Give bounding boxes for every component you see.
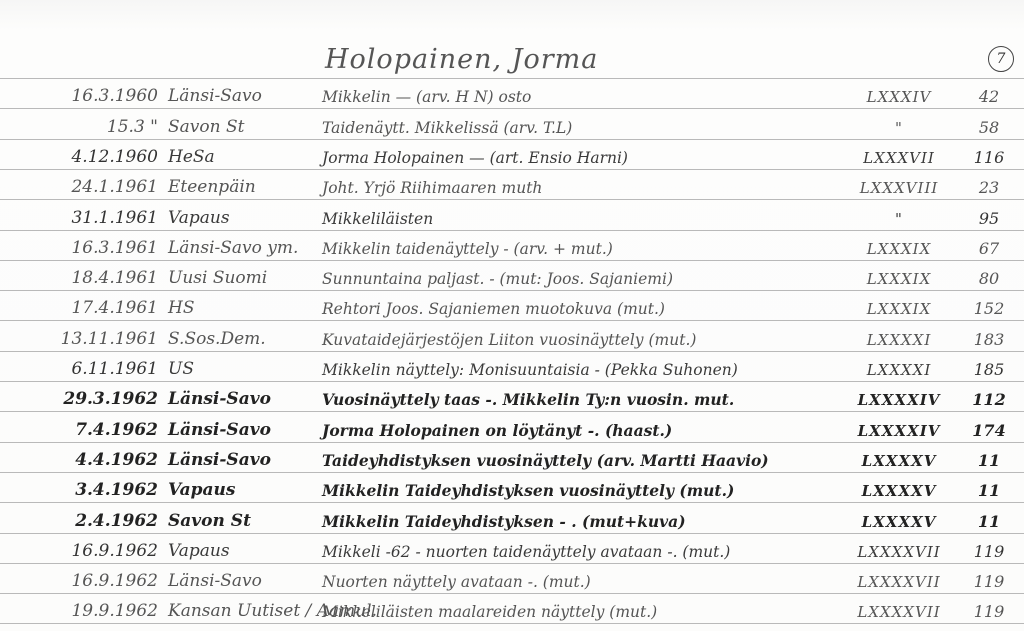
entry-article-title: Joht. Yrjö Riihimaaren muth xyxy=(322,179,542,197)
entry-page: 119 xyxy=(964,572,1014,591)
ruled-line xyxy=(0,623,1024,624)
entry-newspaper: Länsi-Savo xyxy=(168,86,262,106)
entry-date: 17.4.1961 xyxy=(8,298,158,318)
entry-newspaper: US xyxy=(168,359,194,379)
entry-volume: LXXXXV xyxy=(840,513,958,531)
entry-article-title: Mikkeliläisten maalareiden näyttely (mut… xyxy=(322,603,657,621)
entry-row: 13.11.1961S.Sos.Dem.Kuvataidejärjestöjen… xyxy=(0,321,1024,351)
entry-volume: LXXXXVII xyxy=(840,603,958,621)
entry-newspaper: Savon St xyxy=(168,117,244,137)
entry-article-title: Mikkeli -62 - nuorten taidenäyttely avat… xyxy=(322,543,730,561)
entry-page: 23 xyxy=(964,178,1014,197)
entry-row: 16.9.1962VapausMikkeli -62 - nuorten tai… xyxy=(0,533,1024,563)
entry-date: 2.4.1962 xyxy=(8,511,158,531)
entry-volume: LXXXVIII xyxy=(840,179,958,197)
entry-row: 29.3.1962Länsi-SavoVuosinäyttely taas -.… xyxy=(0,381,1024,411)
entry-date: 4.12.1960 xyxy=(8,147,158,167)
entry-date: 18.4.1961 xyxy=(8,268,158,288)
entry-date: 15.3 " xyxy=(8,117,158,137)
entry-volume: " xyxy=(840,210,958,228)
entry-newspaper: Länsi-Savo xyxy=(168,389,271,409)
entry-newspaper: Vapaus xyxy=(168,208,230,228)
entry-row: 16.9.1962Länsi-SavoNuorten näyttely avat… xyxy=(0,563,1024,593)
entry-row: 18.4.1961Uusi SuomiSunnuntaina paljast. … xyxy=(0,260,1024,290)
entry-article-title: Taidenäytt. Mikkelissä (arv. T.L) xyxy=(322,119,572,137)
entry-date: 6.11.1961 xyxy=(8,359,158,379)
entry-row: 4.12.1960HeSaJorma Holopainen — (art. En… xyxy=(0,139,1024,169)
entry-date: 16.9.1962 xyxy=(8,571,158,591)
entry-row: 4.4.1962Länsi-SavoTaideyhdistyksen vuosi… xyxy=(0,442,1024,472)
entry-article-title: Nuorten näyttely avataan -. (mut.) xyxy=(322,573,591,591)
entry-date: 4.4.1962 xyxy=(8,450,158,470)
entry-volume: LXXXIX xyxy=(840,240,958,258)
entry-date: 13.11.1961 xyxy=(8,329,158,349)
entry-page: 116 xyxy=(964,148,1014,167)
entry-newspaper: S.Sos.Dem. xyxy=(168,329,266,349)
entry-newspaper: Uusi Suomi xyxy=(168,268,267,288)
page-number-circle: 7 xyxy=(988,46,1014,72)
entry-page: 67 xyxy=(964,239,1014,258)
entry-volume: LXXXXV xyxy=(840,482,958,500)
entry-volume: LXXXXI xyxy=(840,331,958,349)
entry-page: 119 xyxy=(964,602,1014,621)
entry-page: 80 xyxy=(964,269,1014,288)
entry-article-title: Sunnuntaina paljast. - (mut: Joos. Sajan… xyxy=(322,270,673,288)
entry-page: 11 xyxy=(964,451,1014,470)
entry-article-title: Rehtori Joos. Sajaniemen muotokuva (mut.… xyxy=(322,300,665,318)
entry-article-title: Mikkeliläisten xyxy=(322,210,433,228)
entry-date: 31.1.1961 xyxy=(8,208,158,228)
entry-row: 31.1.1961VapausMikkeliläisten"95 xyxy=(0,200,1024,230)
entry-newspaper: Vapaus xyxy=(168,480,235,500)
entry-newspaper: HeSa xyxy=(168,147,215,167)
entry-newspaper: Eteenpäin xyxy=(168,177,256,197)
entry-volume: LXXXIX xyxy=(840,270,958,288)
entry-page: 152 xyxy=(964,299,1014,318)
entry-row: 17.4.1961HSRehtori Joos. Sajaniemen muot… xyxy=(0,290,1024,320)
entry-row: 2.4.1962Savon StMikkelin Taideyhdistykse… xyxy=(0,503,1024,533)
entry-volume: LXXXXIV xyxy=(840,422,958,440)
entry-row: 15.3 "Savon StTaidenäytt. Mikkelissä (ar… xyxy=(0,109,1024,139)
entry-page: 42 xyxy=(964,87,1014,106)
entry-volume: LXXXIV xyxy=(840,88,958,106)
entry-volume: LXXXIX xyxy=(840,300,958,318)
entry-newspaper: Savon St xyxy=(168,511,251,531)
entry-date: 16.3.1961 xyxy=(8,238,158,258)
entry-volume: LXXXXVII xyxy=(840,543,958,561)
entry-newspaper: Länsi-Savo xyxy=(168,450,271,470)
entry-date: 3.4.1962 xyxy=(8,480,158,500)
entry-date: 7.4.1962 xyxy=(8,420,158,440)
entry-row: 7.4.1962Länsi-SavoJorma Holopainen on lö… xyxy=(0,412,1024,442)
entry-newspaper: Länsi-Savo xyxy=(168,420,271,440)
entry-page: 185 xyxy=(964,360,1014,379)
entry-article-title: Mikkelin näyttely: Monisuuntaisia - (Pek… xyxy=(322,361,738,379)
entry-volume: " xyxy=(840,119,958,137)
entry-row: 3.4.1962VapausMikkelin Taideyhdistyksen … xyxy=(0,472,1024,502)
entry-row: 24.1.1961EteenpäinJoht. Yrjö Riihimaaren… xyxy=(0,169,1024,199)
index-card: Holopainen, Jorma 7 16.3.1960Länsi-SavoM… xyxy=(0,0,1024,631)
entry-page: 174 xyxy=(964,421,1014,440)
entry-volume: LXXXXV xyxy=(840,452,958,470)
entry-newspaper: Länsi-Savo ym. xyxy=(168,238,298,258)
entry-date: 16.9.1962 xyxy=(8,541,158,561)
card-title: Holopainen, Jorma xyxy=(325,44,598,75)
entry-page: 58 xyxy=(964,118,1014,137)
entry-article-title: Vuosinäyttely taas -. Mikkelin Ty:n vuos… xyxy=(322,390,734,409)
entry-article-title: Taideyhdistyksen vuosinäyttely (arv. Mar… xyxy=(322,451,769,470)
entry-article-title: Mikkelin — (arv. H N) osto xyxy=(322,88,531,106)
entry-row: 6.11.1961USMikkelin näyttely: Monisuunta… xyxy=(0,351,1024,381)
entry-date: 16.3.1960 xyxy=(8,86,158,106)
entry-newspaper: Länsi-Savo xyxy=(168,571,262,591)
entry-row: 16.3.1961Länsi-Savo ym.Mikkelin taidenäy… xyxy=(0,230,1024,260)
entry-volume: LXXXXIV xyxy=(840,391,958,409)
entry-article-title: Mikkelin taidenäyttely - (arv. + mut.) xyxy=(322,240,613,258)
entry-date: 19.9.1962 xyxy=(8,601,158,621)
entry-article-title: Mikkelin Taideyhdistyksen vuosinäyttely … xyxy=(322,481,734,500)
entry-date: 24.1.1961 xyxy=(8,177,158,197)
entry-page: 119 xyxy=(964,542,1014,561)
entry-volume: LXXXVII xyxy=(840,149,958,167)
entry-page: 183 xyxy=(964,330,1014,349)
entry-row: 19.9.1962Kansan Uutiset / Aamul.Mikkelil… xyxy=(0,593,1024,623)
entry-volume: LXXXXVII xyxy=(840,573,958,591)
entry-article-title: Jorma Holopainen — (art. Ensio Harni) xyxy=(322,149,628,167)
entry-newspaper: Vapaus xyxy=(168,541,230,561)
entry-page: 95 xyxy=(964,209,1014,228)
entry-page: 112 xyxy=(964,390,1014,409)
entry-article-title: Jorma Holopainen on löytänyt -. (haast.) xyxy=(322,421,672,440)
entry-article-title: Mikkelin Taideyhdistyksen - . (mut+kuva) xyxy=(322,512,686,531)
entry-newspaper: HS xyxy=(168,298,194,318)
entry-date: 29.3.1962 xyxy=(8,389,158,409)
entry-volume: LXXXXI xyxy=(840,361,958,379)
entry-row: 16.3.1960Länsi-SavoMikkelin — (arv. H N)… xyxy=(0,78,1024,108)
entry-article-title: Kuvataidejärjestöjen Liiton vuosinäyttel… xyxy=(322,331,696,349)
entry-page: 11 xyxy=(964,512,1014,531)
entry-page: 11 xyxy=(964,481,1014,500)
